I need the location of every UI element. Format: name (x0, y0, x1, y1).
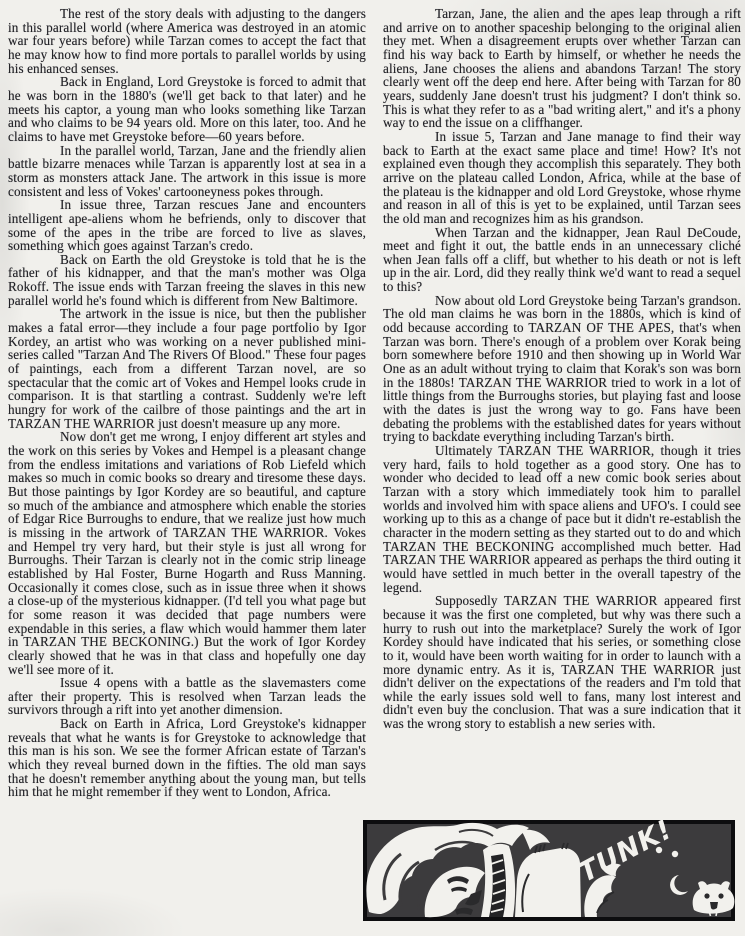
paragraph: Tarzan, Jane, the alien and the apes lea… (383, 7, 741, 130)
paragraph: The rest of the story deals with adjusti… (8, 7, 366, 75)
scanned-article-page: The rest of the story deals with adjusti… (0, 0, 745, 936)
paragraph: Back on Earth in Africa, Lord Greystoke'… (8, 717, 366, 799)
trail-dot (672, 851, 678, 857)
paragraph: Issue 4 opens with a battle as the slave… (8, 676, 366, 717)
paragraph: Back in England, Lord Greystoke is force… (8, 75, 366, 143)
right-column: Tarzan, Jane, the alien and the apes lea… (383, 7, 741, 799)
comic-panel-illustration: TUNK! (363, 820, 735, 923)
paragraph: The artwork in the issue is nice, but th… (8, 307, 366, 430)
left-column: The rest of the story deals with adjusti… (8, 7, 366, 799)
comic-panel-svg: TUNK! (363, 820, 735, 923)
paragraph: In the parallel world, Tarzan, Jane and … (8, 144, 366, 199)
paragraph: Back on Earth the old Greystoke is told … (8, 253, 366, 308)
paragraph: In issue three, Tarzan rescues Jane and … (8, 198, 366, 253)
paragraph: Ultimately TARZAN THE WARRIOR, though it… (383, 444, 741, 594)
paragraph: Supposedly TARZAN THE WARRIOR appeared f… (383, 594, 741, 731)
article-columns: The rest of the story deals with adjusti… (8, 7, 741, 799)
trail-dot (656, 847, 662, 853)
paragraph: In issue 5, Tarzan and Jane manage to fi… (383, 130, 741, 226)
paragraph: Now about old Lord Greystoke being Tarza… (383, 294, 741, 444)
paragraph: Now don't get me wrong, I enjoy differen… (8, 430, 366, 676)
paragraph: When Tarzan and the kidnapper, Jean Raul… (383, 226, 741, 294)
